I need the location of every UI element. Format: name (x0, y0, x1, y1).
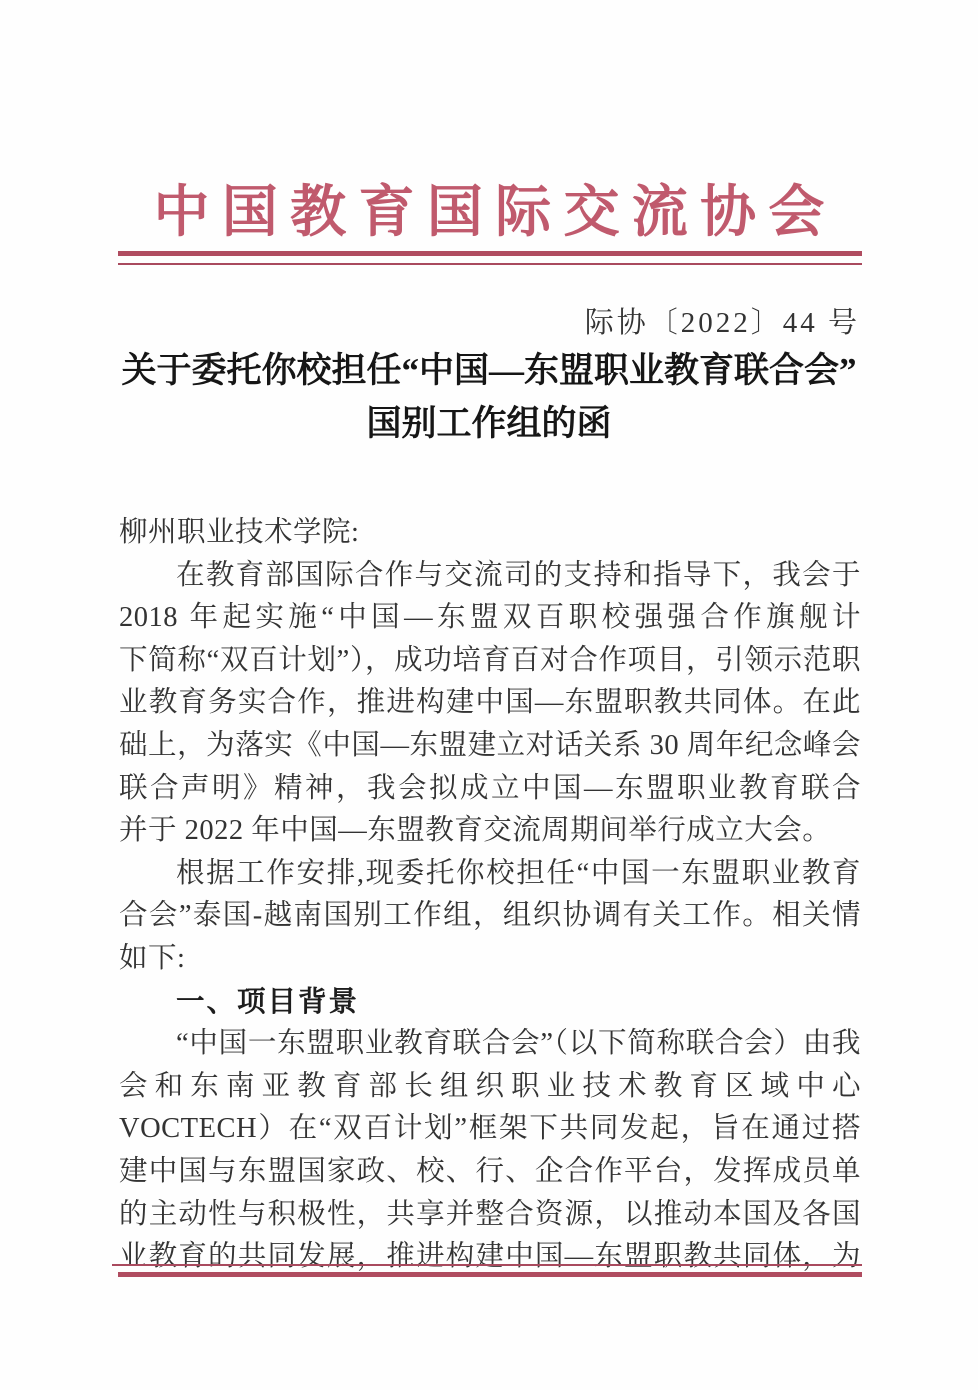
document-title: 关于委托你校担任“中国—东盟职业教育联合会” 国别工作组的函 (0, 344, 978, 450)
footer-rule-thick (118, 1272, 862, 1277)
body-line: 并于 2022 年中国—东盟教育交流周期间举行成立大会。 (119, 810, 861, 853)
body-line: 的主动性与积极性，共享并整合资源，以推动本国及各国职 (119, 1194, 861, 1237)
body-line: 根据工作安排,现委托你校担任“中国一东盟职业教育联 (119, 853, 861, 896)
body-line: 2018 年起实施“中国—东盟双百职校强强合作旗舰计划”（以 (119, 597, 861, 640)
body-line: VOCTECH）在“双百计划”框架下共同发起，旨在通过搭 (119, 1108, 861, 1151)
body-line: 础上，为落实《中国—东盟建立对话关系 30 周年纪念峰会 (119, 725, 861, 768)
body-line: 下简称“双百计划”），成功培育百对合作项目，引领示范职 (119, 640, 861, 683)
body-line: 业教育务实合作，推进构建中国—东盟职教共同体。在此基 (119, 682, 861, 725)
body-line: 合会”泰国-越南国别工作组，组织协调有关工作。相关情况 (119, 895, 861, 938)
section-heading: 一、项目背景 (119, 981, 861, 1024)
header-rule-thin (118, 263, 862, 265)
header-rule-thick (118, 251, 862, 256)
body-line: “中国一东盟职业教育联合会”（以下简称联合会）由我 (119, 1023, 861, 1066)
document-title-line2: 国别工作组的函 (0, 397, 978, 450)
document-page: 中国教育国际交流协会 际协〔2022〕44 号 关于委托你校担任“中国—东盟职业… (0, 0, 978, 1390)
body-line: 在教育部国际合作与交流司的支持和指导下，我会于 (119, 555, 861, 598)
document-number: 际协〔2022〕44 号 (585, 300, 860, 341)
letterhead-org-name: 中国教育国际交流协会 (0, 168, 978, 248)
footer-rule-thin (112, 1264, 862, 1266)
salutation: 柳州职业技术学院: (119, 512, 861, 555)
body-line: 如下: (119, 938, 861, 981)
body-line: 会和东南亚教育部长组织职业技术教育区域中心（SEAMEO (119, 1066, 861, 1109)
body-line: 联合声明》精神，我会拟成立中国—东盟职业教育联合会， (119, 768, 861, 811)
document-body: 柳州职业技术学院: 在教育部国际合作与交流司的支持和指导下，我会于 2018 年… (119, 512, 861, 1279)
body-line: 建中国与东盟国家政、校、行、企合作平台，发挥成员单位 (119, 1151, 861, 1194)
document-title-line1: 关于委托你校担任“中国—东盟职业教育联合会” (0, 344, 978, 397)
